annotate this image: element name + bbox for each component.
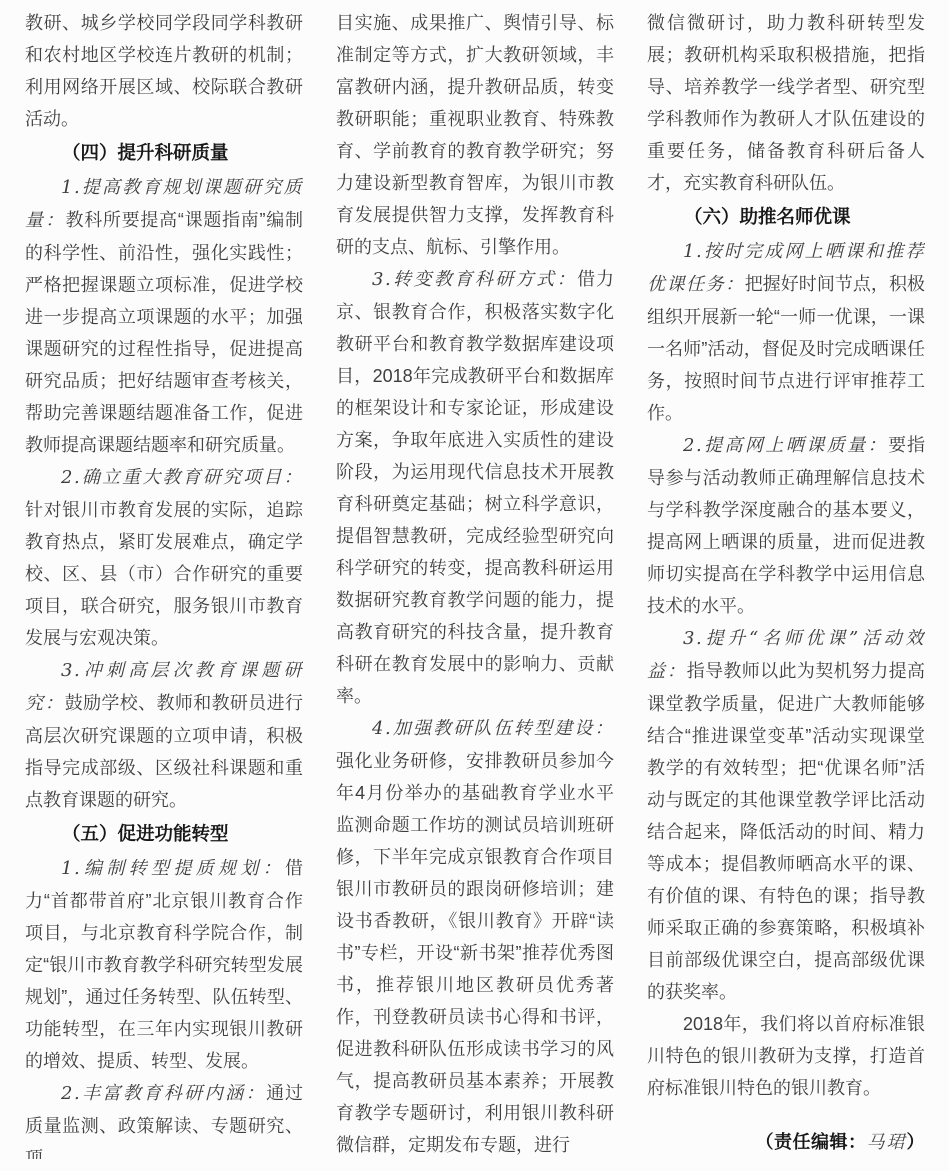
editor-label: （责任编辑： (756, 1132, 867, 1152)
item-body: 指导教师以此为契机努力提高课堂教学质量，促进广大教师能够结合“推进课堂变革”活动… (647, 661, 925, 1002)
numbered-item: 3.转变教育科研方式：借力京、银教育合作，积极落实数字化教研平台和教育教学数据库… (336, 263, 614, 712)
numbered-item: 3.提升“名师优课”活动效益：指导教师以此为契机努力提高课堂教学质量，促进广大教… (647, 622, 925, 1008)
numbered-item: 4.加强教研队伍转型建设：强化业务研修，安排教研员参加今年4月份举办的基础教育学… (336, 712, 614, 1159)
closing-paragraph: 2018年，我们将以首府标准银川特色的银川教研为支撑，打造首府标准银川特色的银川… (647, 1008, 925, 1104)
text-column-1: 教研、城乡学校同学段同学科教研和农村地区学校连片教研的机制；利用网络开展区域、校… (25, 7, 303, 1159)
numbered-item: 1.按时完成网上晒课和推荐优课任务：把握好时间节点，积极组织开展新一轮“一师一优… (647, 235, 925, 429)
item-lead: 1.编制转型提质规划： (61, 858, 285, 879)
item-body: 强化业务研修，安排教研员参加今年4月份举办的基础教育学业水平监测命题工作坊的测试… (336, 751, 614, 1155)
numbered-item: 2.确立重大教育研究项目：针对银川市教育发展的实际，追踪教育热点，紧盯发展难点，… (25, 461, 303, 654)
item-body: 借力京、银教育合作，积极落实数字化教研平台和教育教学数据库建设项目，2018年完… (336, 269, 614, 706)
item-lead: 2.提高网上晒课质量： (683, 435, 888, 456)
item-body: 针对银川市教育发展的实际，追踪教育热点，紧盯发展难点，确定学校、区、县（市）合作… (25, 500, 303, 648)
paragraph-continued: 目实施、成果推广、舆情引导、标准制定等方式，扩大教研领域，丰富教研内涵，提升教研… (336, 7, 614, 263)
numbered-item: 3.冲刺高层次教育课题研究：鼓励学校、教师和教研员进行高层次研究课题的立项申请，… (25, 654, 303, 816)
item-body: 要指导参与活动教师正确理解信息技术与学科教学深度融合的基本要义，提高网上晒课的质… (647, 435, 925, 616)
item-lead: 2.丰富教育科研内涵： (61, 1083, 266, 1104)
section-heading-5: （五）促进功能转型 (25, 817, 303, 851)
item-body: 鼓励学校、教师和教研员进行高层次研究课题的立项申请，积极指导完成部级、区级社科课… (25, 693, 303, 810)
article-page: 教研、城乡学校同学段同学科教研和农村地区学校连片教研的机制；利用网络开展区域、校… (0, 0, 949, 1171)
text-column-2: 目实施、成果推广、舆情引导、标准制定等方式，扩大教研领域，丰富教研内涵，提升教研… (336, 7, 614, 1159)
editor-credit: （责任编辑：马珺） (647, 1126, 925, 1159)
text-column-3: 微信微研讨，助力教科研转型发展；教研机构采取积极措施，把指导、培养教学一线学者型… (647, 7, 925, 1159)
section-heading-6: （六）助推名师优课 (647, 200, 925, 234)
numbered-item: 1.提高教育规划课题研究质量：教科所要提高“课题指南”编制的科学性、前沿性，强化… (25, 171, 303, 461)
paragraph-continued: 微信微研讨，助力教科研转型发展；教研机构采取积极措施，把指导、培养教学一线学者型… (647, 7, 925, 199)
item-body: 把握好时间节点，积极组织开展新一轮“一师一优课，一课一名师”活动，督促及时完成晒… (647, 274, 925, 423)
item-lead: 3.转变教育科研方式： (372, 269, 577, 290)
numbered-item: 1.编制转型提质规划：借力“首都带首府”北京银川教育合作项目，与北京教育科学院合… (25, 852, 303, 1077)
item-body: 教科所要提高“课题指南”编制的科学性、前沿性，强化实践性；严格把握课题立项标准，… (25, 210, 303, 455)
item-lead: 2.确立重大教育研究项目： (61, 467, 303, 488)
item-body: 借力“首都带首府”北京银川教育合作项目，与北京教育科学院合作，制定“银川市教育教… (25, 858, 303, 1071)
paragraph-continued: 教研、城乡学校同学段同学科教研和农村地区学校连片教研的机制；利用网络开展区域、校… (25, 7, 303, 135)
section-heading-4: （四）提升科研质量 (25, 136, 303, 170)
numbered-item: 2.丰富教育科研内涵：通过质量监测、政策解读、专题研究、项 (25, 1077, 303, 1159)
editor-close-paren: ） (907, 1132, 926, 1152)
numbered-item: 2.提高网上晒课质量：要指导参与活动教师正确理解信息技术与学科教学深度融合的基本… (647, 429, 925, 622)
item-lead: 4.加强教研队伍转型建设： (372, 718, 614, 739)
editor-name: 马珺 (867, 1132, 907, 1153)
